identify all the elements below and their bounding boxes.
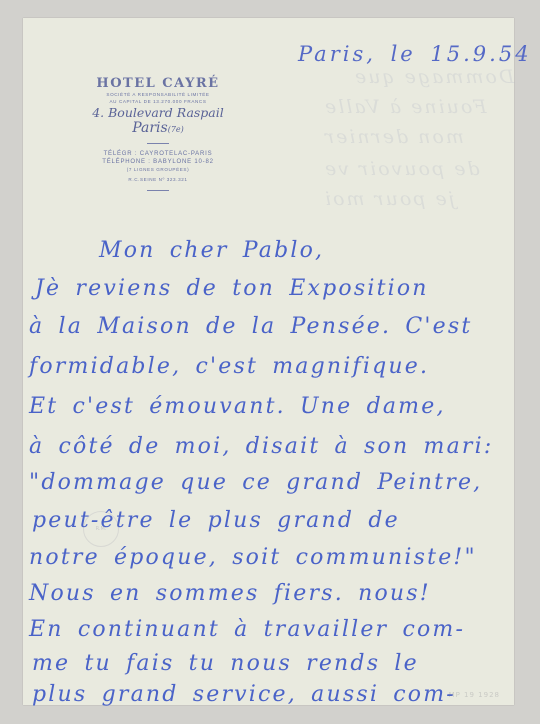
- city-name: Paris: [132, 120, 168, 136]
- arrondissement: (7e): [168, 125, 184, 134]
- faint-collection-stamp: R.M.: [83, 511, 119, 547]
- letter-page: Dommage que Fouine à Valle mon dernier d…: [23, 18, 514, 705]
- registry-number: R.C.SEINE Nº 323.321: [83, 176, 233, 183]
- telephone-number: TÉLÉPHONE : BABYLONE 10-82: [83, 158, 233, 166]
- body-line: "dommage que ce grand Peintre,: [29, 470, 482, 495]
- company-status: SOCIÉTÉ A RESPONSABILITÉ LIMITÉE: [83, 91, 233, 98]
- lines-grouped: (7 LIGNES GROUPÉES): [83, 166, 233, 173]
- body-line: à côté de moi, disait à son mari:: [29, 434, 494, 459]
- hotel-address: 4. Boulevard Raspail: [83, 105, 233, 120]
- hotel-city: Paris(7e): [83, 120, 233, 138]
- salutation: Mon cher Pablo,: [99, 238, 324, 263]
- body-line: me tu fais tu nous rends le: [32, 651, 419, 676]
- body-line: En continuant à travailler com-: [29, 617, 465, 642]
- pencil-inscription: MP 19 1928: [449, 691, 500, 699]
- show-through-line: je pour moi: [323, 188, 455, 210]
- hotel-name: HOTEL CAYRÉ: [83, 76, 233, 91]
- show-through-line: mon dernier: [323, 126, 464, 148]
- body-line: notre époque, soit communiste!": [29, 545, 477, 570]
- show-through-line: de pouvoir ve: [323, 158, 480, 180]
- letterhead-divider: [147, 190, 169, 191]
- show-through-line: Dommage que: [353, 66, 514, 88]
- body-line: plus grand service, aussi com-: [32, 682, 456, 707]
- body-line: formidable, c'est magnifique.: [29, 354, 429, 379]
- body-line: Nous en sommes fiers. nous!: [29, 581, 431, 606]
- letterhead-divider: [147, 143, 169, 144]
- body-line: Et c'est émouvant. Une dame,: [29, 394, 446, 419]
- company-capital: AU CAPITAL DE 13.270.000 FRANCS: [83, 98, 233, 105]
- show-through-line: Fouine à Valle: [323, 96, 487, 118]
- date-line: Paris, le 15.9.54: [298, 42, 532, 66]
- body-line: à la Maison de la Pensée. C'est: [29, 314, 472, 339]
- telegraph-address: TÉLÉGR : CAYROTELAC-PARIS: [83, 150, 233, 158]
- body-line: Jè reviens de ton Exposition: [35, 276, 429, 301]
- hotel-letterhead: HOTEL CAYRÉ SOCIÉTÉ A RESPONSABILITÉ LIM…: [83, 76, 233, 197]
